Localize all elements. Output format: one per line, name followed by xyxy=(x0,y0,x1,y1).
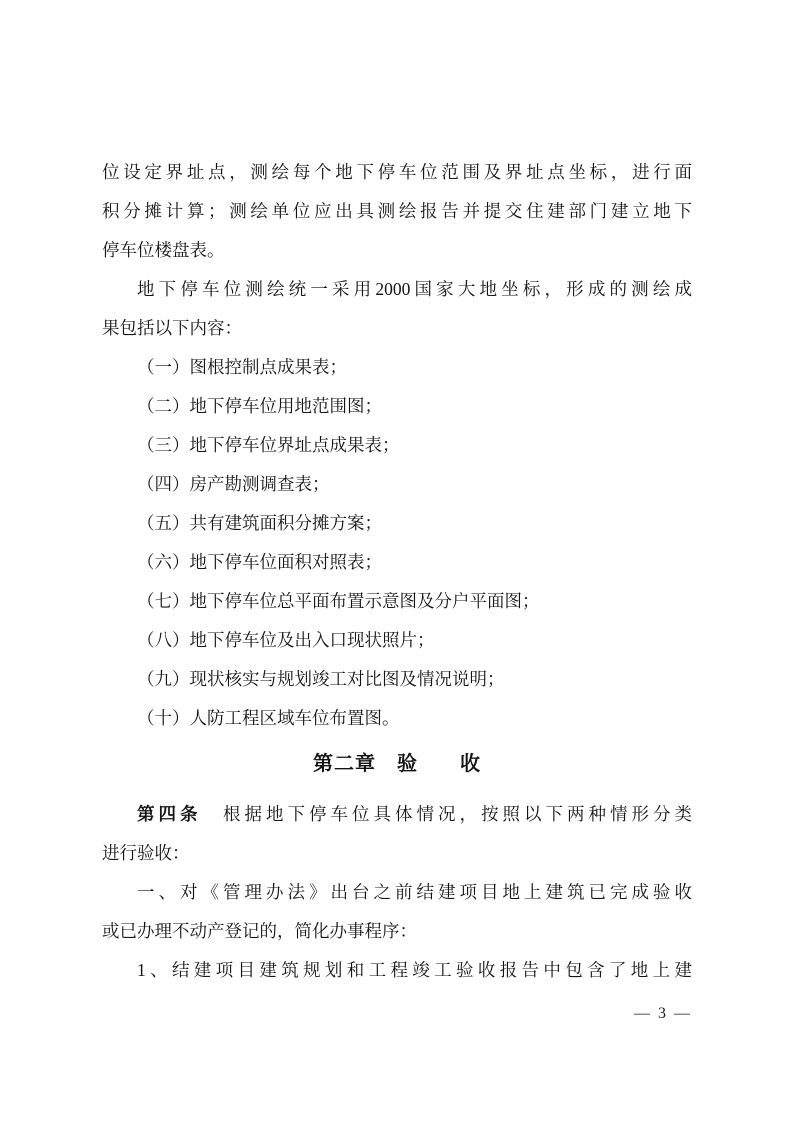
document-line: 地下停车位测绘统一采用2000国家大地坐标，形成的测绘成 xyxy=(102,270,692,309)
document-line: （六）地下停车位面积对照表； xyxy=(102,543,692,582)
document-line: 积分摊计算；测绘单位应出具测绘报告并提交住建部门建立地下 xyxy=(102,192,692,231)
document-line: （七）地下停车位总平面布置示意图及分户平面图； xyxy=(102,582,692,621)
document-line: 果包括以下内容： xyxy=(102,309,692,348)
document-line: （一）图根控制点成果表； xyxy=(102,348,692,387)
document-line: 1、结建项目建筑规划和工程竣工验收报告中包含了地上建 xyxy=(102,951,692,990)
document-line: （五）共有建筑面积分摊方案； xyxy=(102,504,692,543)
document-line: （二）地下停车位用地范围图； xyxy=(102,387,692,426)
document-line: 或已办理不动产登记的，简化办事程序： xyxy=(102,912,692,951)
document-line: 进行验收： xyxy=(102,834,692,873)
document-line: （八）地下停车位及出入口现状照片； xyxy=(102,621,692,660)
article-number-label: 第四条 xyxy=(137,804,202,824)
document-line: （四）房产勘测调查表； xyxy=(102,465,692,504)
document-body: 位设定界址点，测绘每个地下停车位范围及界址点坐标，进行面积分摊计算；测绘单位应出… xyxy=(102,153,692,990)
document-line: （三）地下停车位界址点成果表； xyxy=(102,426,692,465)
document-line: （九）现状核实与规划竣工对比图及情况说明； xyxy=(102,660,692,699)
document-line: 位设定界址点，测绘每个地下停车位范围及界址点坐标，进行面 xyxy=(102,153,692,192)
document-page: { "document": { "lines": [ {"type": "fil… xyxy=(0,0,794,1122)
page-number: — 3 — xyxy=(102,1005,692,1023)
chapter-heading: 第二章 验 收 xyxy=(102,745,692,784)
document-line: 第四条 根据地下停车位具体情况，按照以下两种情形分类 xyxy=(102,795,692,834)
document-line: （十）人防工程区域车位布置图。 xyxy=(102,699,692,738)
document-line: 一、对《管理办法》出台之前结建项目地上建筑已完成验收 xyxy=(102,873,692,912)
document-line: 停车位楼盘表。 xyxy=(102,231,692,270)
